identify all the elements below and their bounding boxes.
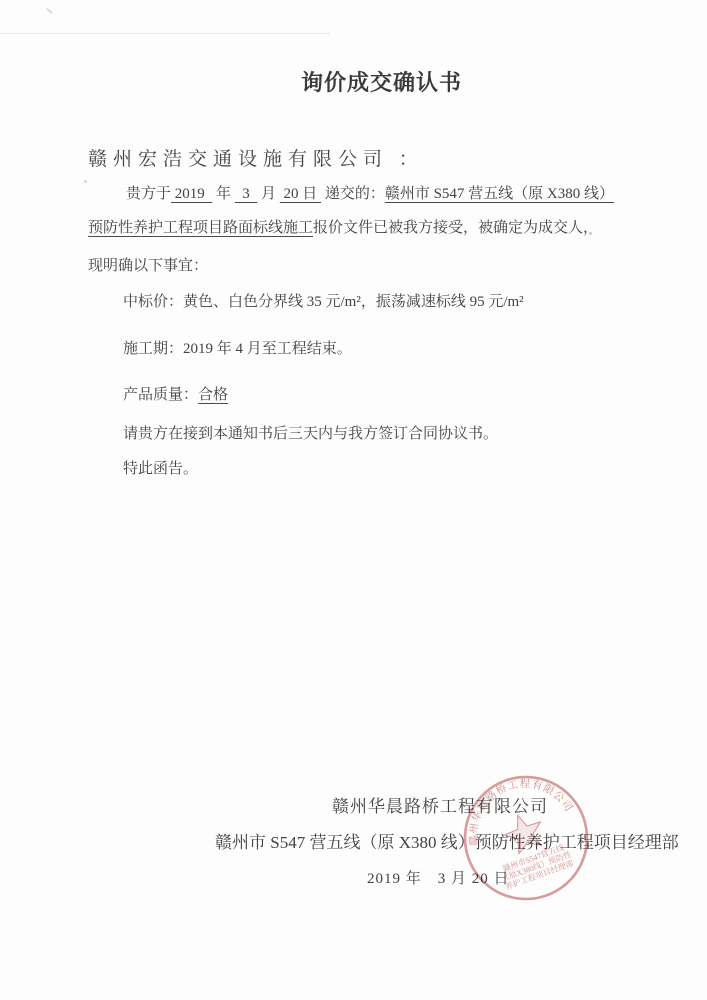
bid-price-line: 中标价：黄色、白色分界线 35 元/m²，振荡减速标线 95 元/m² — [123, 291, 524, 313]
contract-notice-line: 请贵方在接到本通知书后三天内与我方签订合同协议书。 — [123, 423, 498, 445]
submission-month-underlined: 3 — [235, 186, 258, 202]
submission-year-underlined: 2019 — [171, 186, 212, 202]
recipient-line: 赣州宏浩交通设施有限公司 ： — [88, 149, 424, 171]
submission-paragraph-line-1: 贵方于 2019 年 3 月 20 日 递交的：赣州市 S547 营五线（原 X… — [126, 183, 614, 205]
submission-tail: 报价文件已被我方接受，被确定为成交人， — [313, 220, 598, 236]
year-label: 年 — [212, 186, 235, 202]
official-seal: 赣州华晨路桥工程有限公司 赣州市S547营五线 （原X380线）预防性 养护工程… — [460, 770, 592, 906]
clarify-line: 现明确以下事宜： — [88, 255, 208, 277]
scanned-letter-page: 询价成交确认书 赣州宏浩交通设施有限公司 ： 贵方于 2019 年 3 月 20… — [0, 0, 707, 1000]
project-name-part1-underlined: 赣州市 S547 营五线（原 X380 线） — [385, 186, 614, 202]
month-label: 月 — [257, 186, 280, 202]
letter-title: 询价成交确认书 — [28, 66, 707, 97]
scan-artifact-mark — [46, 8, 53, 14]
quality-label: 产品质量： — [123, 387, 198, 403]
quality-value-underlined: 合格 — [198, 387, 228, 403]
project-name-part2-underlined: 预防性养护工程项目路面标线施工 — [88, 220, 313, 236]
submission-paragraph-line-2: 预防性养护工程项目路面标线施工报价文件已被我方接受，被确定为成交人， — [88, 217, 598, 239]
seal-star-icon — [500, 809, 548, 856]
construction-period-line: 施工期：2019 年 4 月至工程结束。 — [123, 338, 352, 360]
submission-mid: 递交的： — [321, 186, 385, 202]
closing-line: 特此函告。 — [123, 458, 198, 480]
submission-day-underlined: 20 日 — [280, 186, 321, 202]
signature-department-line: 赣州市 S547 营五线（原 X380 线）预防性养护工程项目经理部 — [215, 832, 679, 854]
product-quality-line: 产品质量：合格 — [123, 384, 228, 406]
submission-lead: 贵方于 — [126, 186, 171, 202]
scan-artifact-dot — [84, 180, 87, 183]
scan-artifact-line — [0, 33, 330, 34]
